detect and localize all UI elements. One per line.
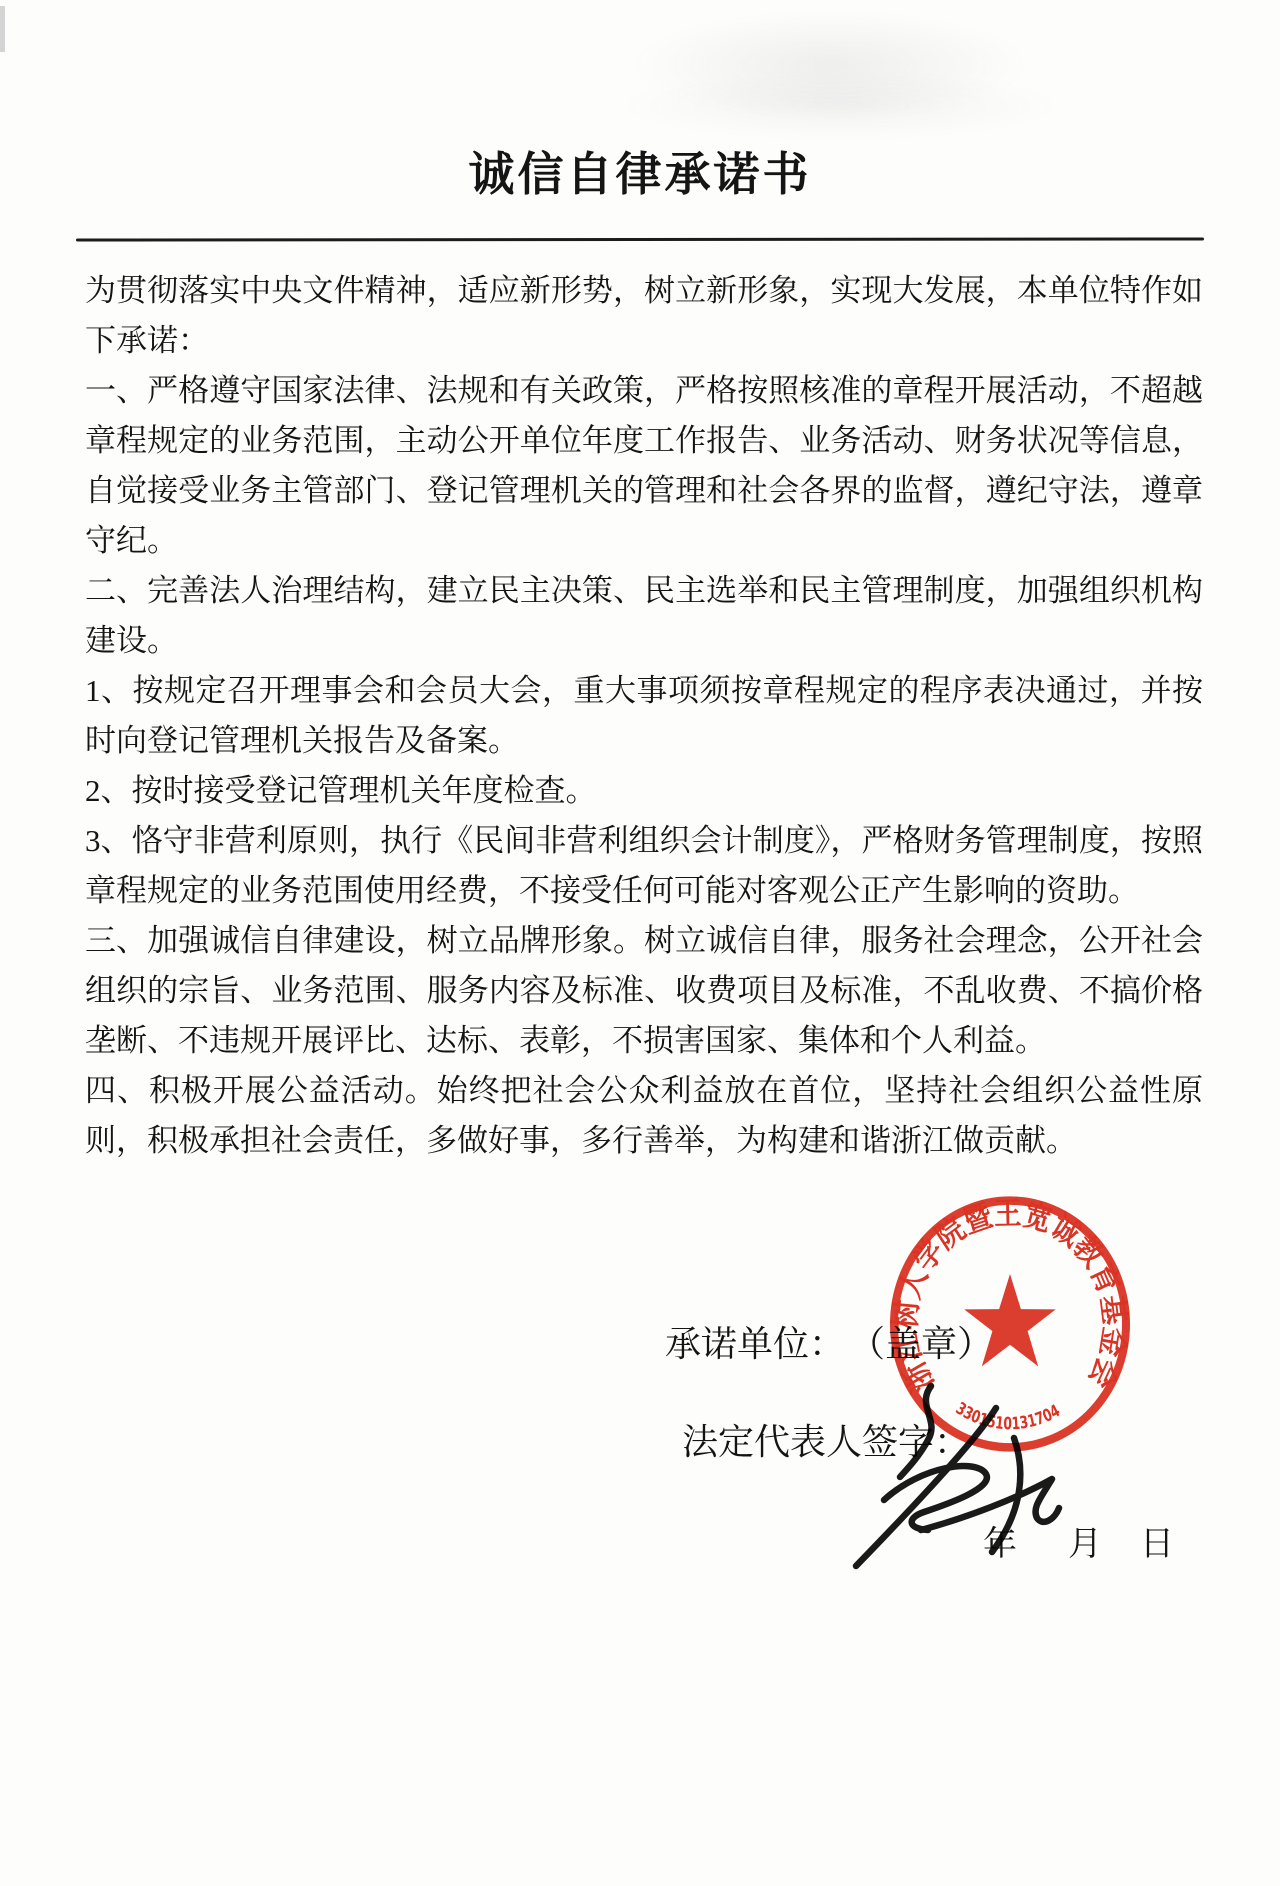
scanned-document-page: 诚信自律承诺书 为贯彻落实中央文件精神，适应新形势，树立新形象，实现大发展，本单… xyxy=(0,0,1280,1886)
document-body: 为贯彻落实中央文件精神，适应新形势，树立新形象，实现大发展，本单位特作如下承诺：… xyxy=(85,266,1203,1166)
title-divider xyxy=(76,238,1204,242)
body-paragraph: 3、恪守非营利原则，执行《民间非营利组织会计制度》，严格财务管理制度，按照章程规… xyxy=(85,816,1203,916)
page-title: 诚信自律承诺书 xyxy=(0,138,1280,204)
body-paragraph: 1、按规定召开理事会和会员大会，重大事项须按章程规定的程序表决通过，并按时向登记… xyxy=(85,666,1203,766)
handwritten-signature xyxy=(826,1380,1126,1585)
unit-label: 承诺单位： xyxy=(665,1324,845,1364)
body-paragraph: 四、积极开展公益活动。始终把社会公众利益放在首位，坚持社会组织公益性原则，积极承… xyxy=(85,1066,1203,1166)
body-paragraph: 2、按时接受登记管理机关年度检查。 xyxy=(85,766,1203,816)
date-day-label: 日 xyxy=(1140,1516,1174,1565)
seal-star-icon xyxy=(964,1274,1055,1366)
scan-edge-artifact xyxy=(0,6,5,52)
body-paragraph: 二、完善法人治理结构，建立民主决策、民主选举和民主管理制度，加强组织机构建设。 xyxy=(85,566,1203,666)
scan-smudge xyxy=(620,70,1060,140)
body-paragraph: 三、加强诚信自律建设，树立品牌形象。树立诚信自律，服务社会理念，公开社会组织的宗… xyxy=(85,916,1203,1066)
scan-smudge xyxy=(630,10,1030,120)
body-paragraph: 为贯彻落实中央文件精神，适应新形势，树立新形象，实现大发展，本单位特作如下承诺： xyxy=(85,266,1203,366)
body-paragraph: 一、严格遵守国家法律、法规和有关政策，严格按照核准的章程开展活动，不超越章程规定… xyxy=(85,366,1203,566)
